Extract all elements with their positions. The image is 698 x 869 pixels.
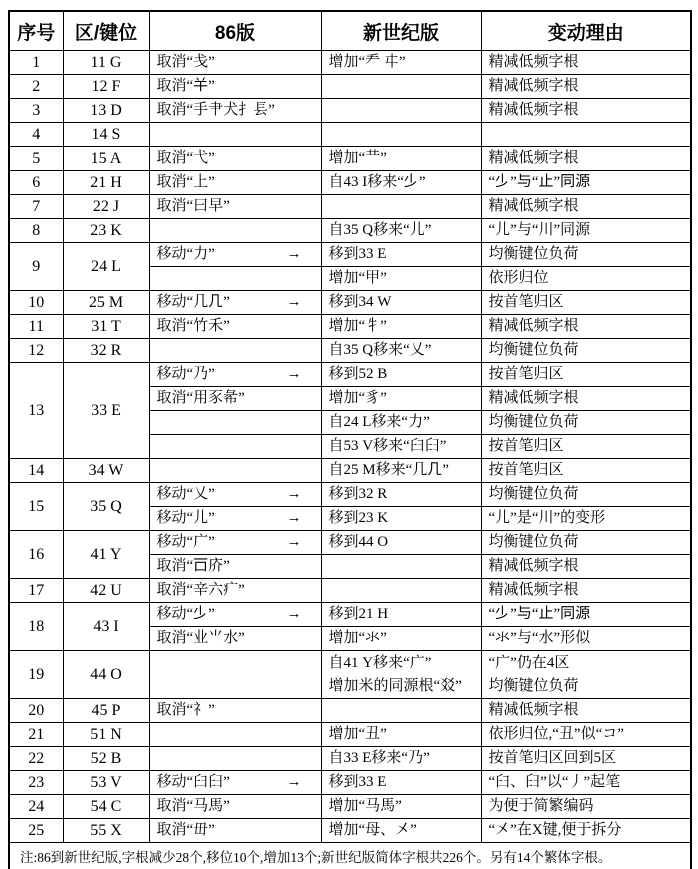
vnew-cell: 增加“龷”: [321, 147, 481, 171]
reason-cell: 均衡键位负荷: [481, 411, 691, 435]
reason-cell: 均衡键位负荷: [481, 483, 691, 507]
table-row: 13 33 E 移动“乃”→ 移到52 B 按首笔归区: [9, 363, 691, 387]
vnew-cell: 移到33 E: [321, 243, 481, 267]
vnew-cell: [321, 699, 481, 723]
move-arrow-icon: →: [287, 243, 318, 266]
key-cell: 44 O: [63, 651, 149, 699]
reason-cell: 为便于简繁编码: [481, 795, 691, 819]
vnew-cell: 增加“丑”: [321, 723, 481, 747]
page: 序号 区/键位 86版 新世纪版 变动理由 111 G取消“戋”增加“龵 㐄”精…: [0, 0, 698, 869]
vnew-cell: 增加“氺”: [321, 627, 481, 651]
seq-cell: 14: [9, 459, 63, 483]
seq-cell: 7: [9, 195, 63, 219]
reason-cell: 精减低频字根: [481, 51, 691, 75]
v86-text: 移动“乃”: [157, 363, 215, 386]
vnew-cell: 移到32 R: [321, 483, 481, 507]
reason-cell: “𣥂”与“止”同源: [481, 171, 691, 195]
vnew-cell: 自35 Q移来“儿”: [321, 219, 481, 243]
key-cell: 54 C: [63, 795, 149, 819]
key-cell: 21 H: [63, 171, 149, 195]
wubi-roots-comparison-table: 序号 区/键位 86版 新世纪版 变动理由 111 G取消“戋”增加“龵 㐄”精…: [8, 10, 692, 869]
v86-cell: 取消“上”: [149, 171, 321, 195]
v86-cell: 取消“用豕㣇”: [149, 387, 321, 411]
key-cell: 25 M: [63, 291, 149, 315]
reason-cell: 按首笔归区: [481, 435, 691, 459]
reason-cell: “𣥂”与“止”同源: [481, 603, 691, 627]
vnew-cell: [321, 99, 481, 123]
reason-line1: “广”仍在4区: [489, 652, 688, 675]
seq-cell: 2: [9, 75, 63, 99]
v86-cell: [149, 651, 321, 699]
seq-cell: 24: [9, 795, 63, 819]
v86-cell: [149, 339, 321, 363]
table-row: 1025 M移动“几𠘧”→移到34 W按首笔归区: [9, 291, 691, 315]
seq-cell: 8: [9, 219, 63, 243]
reason-cell: 精减低频字根: [481, 195, 691, 219]
v86-cell: [149, 267, 321, 291]
reason-cell: “儿”是“川”的变形: [481, 507, 691, 531]
vnew-cell: 自33 E移来“乃”: [321, 747, 481, 771]
seq-cell: 1: [9, 51, 63, 75]
vnew-cell: 增加“龵 㐄”: [321, 51, 481, 75]
reason-cell: “氺”与“水”形似: [481, 627, 691, 651]
reason-cell: 按首笔归区: [481, 291, 691, 315]
vnew-cell: [321, 75, 481, 99]
header-row: 序号 区/键位 86版 新世纪版 变动理由: [9, 11, 691, 51]
v86-cell: [149, 459, 321, 483]
table-row: 1434 W自25 M移来“几𠘧”按首笔归区: [9, 459, 691, 483]
table-row: 2454 C取消“马馬”增加“⻢⾺”为便于简繁编码: [9, 795, 691, 819]
reason-cell: 精减低频字根: [481, 699, 691, 723]
seq-cell: 9: [9, 243, 63, 291]
footnote: 注:86到新世纪版,字根减少28个,移位10个,增加13个;新世纪版简体字根共2…: [9, 843, 691, 869]
table-row: 1742 U取消“辛六疒”精减低频字根: [9, 579, 691, 603]
v86-cell: 移动“乃”→: [149, 363, 321, 387]
key-cell: 32 R: [63, 339, 149, 363]
key-cell: 34 W: [63, 459, 149, 483]
reason-cell: 精减低频字根: [481, 99, 691, 123]
seq-cell: 18: [9, 603, 63, 651]
reason-cell: “广”仍在4区均衡键位负荷: [481, 651, 691, 699]
table-row: 515 A取消“弋”增加“龷”精减低频字根: [9, 147, 691, 171]
vnew-cell: [321, 579, 481, 603]
v86-text: 移动“几𠘧”: [157, 291, 230, 314]
vnew-line1: 自41 Y移来“广”: [329, 652, 478, 675]
v86-cell: 移动“儿”→: [149, 507, 321, 531]
move-arrow-icon: →: [287, 363, 318, 386]
header-reason: 变动理由: [481, 11, 691, 51]
vnew-cell: 增加“甲”: [321, 267, 481, 291]
vnew-cell: 自24 L移来“力”: [321, 411, 481, 435]
table-row: 9 24 L 移动“力”→ 移到33 E 均衡键位负荷: [9, 243, 691, 267]
v86-cell: 移动“广”→: [149, 531, 321, 555]
key-cell: 33 E: [63, 363, 149, 459]
vnew-cell: 移到34 W: [321, 291, 481, 315]
v86-cell: 移动“几𠘧”→: [149, 291, 321, 315]
table-row: 2151 N增加“丑”依形归位,“丑”似“コ”: [9, 723, 691, 747]
table-row: 722 J取消“曰早”精减低频字根: [9, 195, 691, 219]
reason-cell: 精减低频字根: [481, 387, 691, 411]
v86-text: 移动“乂”: [157, 483, 215, 506]
table-row: 621 H取消“上”自43 I移来“𣥂”“𣥂”与“止”同源: [9, 171, 691, 195]
table-row: 19 44 O 自41 Y移来“广”增加米的同源根“㸚” “广”仍在4区均衡键位…: [9, 651, 691, 699]
reason-cell: 均衡键位负荷: [481, 243, 691, 267]
table-row: 111 G取消“戋”增加“龵 㐄”精减低频字根: [9, 51, 691, 75]
header-key: 区/键位: [63, 11, 149, 51]
seq-cell: 23: [9, 771, 63, 795]
seq-cell: 6: [9, 171, 63, 195]
vnew-cell: 自41 Y移来“广”增加米的同源根“㸚”: [321, 651, 481, 699]
v86-text: 移动“儿”: [157, 507, 215, 530]
reason-cell: 精减低频字根: [481, 555, 691, 579]
v86-cell: 移动“臼𦥑”→: [149, 771, 321, 795]
vnew-cell: 增加“牜”: [321, 315, 481, 339]
move-arrow-icon: →: [287, 291, 318, 314]
seq-cell: 13: [9, 363, 63, 459]
move-arrow-icon: →: [287, 771, 318, 794]
seq-cell: 16: [9, 531, 63, 579]
v86-cell: 取消“𢆉”: [149, 75, 321, 99]
seq-cell: 17: [9, 579, 63, 603]
table-row: 2353 V移动“臼𦥑”→移到33 E“臼、𦥑”以“丿”起笔: [9, 771, 691, 795]
reason-cell: 按首笔归区回到5区: [481, 747, 691, 771]
reason-cell: 依形归位,“丑”似“コ”: [481, 723, 691, 747]
vnew-cell: 移到23 K: [321, 507, 481, 531]
vnew-cell: 增加“母、㐅”: [321, 819, 481, 843]
move-arrow-icon: →: [287, 531, 318, 554]
seq-cell: 21: [9, 723, 63, 747]
key-cell: 53 V: [63, 771, 149, 795]
v86-text: 移动“广”: [157, 531, 215, 554]
header-seq: 序号: [9, 11, 63, 51]
key-cell: 55 X: [63, 819, 149, 843]
v86-cell: 取消“竹禾”: [149, 315, 321, 339]
vnew-cell: 自35 Q移来“乂”: [321, 339, 481, 363]
key-cell: 15 A: [63, 147, 149, 171]
v86-cell: [149, 411, 321, 435]
v86-cell: [149, 123, 321, 147]
seq-cell: 4: [9, 123, 63, 147]
reason-cell: 均衡键位负荷: [481, 531, 691, 555]
v86-text: 移动“力”: [157, 243, 215, 266]
v86-cell: 移动“乂”→: [149, 483, 321, 507]
key-cell: 41 Y: [63, 531, 149, 579]
v86-cell: 取消“毌”: [149, 819, 321, 843]
footnote-row: 注:86到新世纪版,字根减少28个,移位10个,增加13个;新世纪版简体字根共2…: [9, 843, 691, 869]
seq-cell: 22: [9, 747, 63, 771]
v86-cell: 取消“业⺌水”: [149, 627, 321, 651]
key-cell: 11 G: [63, 51, 149, 75]
key-cell: 24 L: [63, 243, 149, 291]
vnew-cell: 自25 M移来“几𠘧”: [321, 459, 481, 483]
key-cell: 45 P: [63, 699, 149, 723]
table-row: 414 S: [9, 123, 691, 147]
vnew-cell: 移到33 E: [321, 771, 481, 795]
reason-cell: 按首笔归区: [481, 459, 691, 483]
vnew-cell: 增加“豸”: [321, 387, 481, 411]
key-cell: 31 T: [63, 315, 149, 339]
move-arrow-icon: →: [287, 507, 318, 530]
reason-cell: 精减低频字根: [481, 147, 691, 171]
table-row: 16 41 Y 移动“广”→ 移到44 O 均衡键位负荷: [9, 531, 691, 555]
table-row: 823 K自35 Q移来“儿”“儿”与“川”同源: [9, 219, 691, 243]
move-arrow-icon: →: [287, 483, 318, 506]
vnew-cell: 自53 V移来“臼𦥑”: [321, 435, 481, 459]
table-row: 15 35 Q 移动“乂”→ 移到32 R 均衡键位负荷: [9, 483, 691, 507]
seq-cell: 19: [9, 651, 63, 699]
v86-text: 移动“𣥂”: [157, 603, 215, 626]
vnew-cell: [321, 123, 481, 147]
key-cell: 12 F: [63, 75, 149, 99]
v86-cell: 取消“戋”: [149, 51, 321, 75]
reason-cell: “㐅”在X键,便于拆分: [481, 819, 691, 843]
reason-cell: 按首笔归区: [481, 363, 691, 387]
vnew-cell: 移到21 H: [321, 603, 481, 627]
reason-cell: “臼、𦥑”以“丿”起笔: [481, 771, 691, 795]
seq-cell: 11: [9, 315, 63, 339]
v86-cell: 取消“弋”: [149, 147, 321, 171]
v86-cell: 取消“辛六疒”: [149, 579, 321, 603]
v86-cell: [149, 219, 321, 243]
v86-text: 移动“臼𦥑”: [157, 771, 230, 794]
key-cell: 22 J: [63, 195, 149, 219]
vnew-cell: 移到44 O: [321, 531, 481, 555]
key-cell: 13 D: [63, 99, 149, 123]
v86-cell: [149, 723, 321, 747]
v86-cell: 取消“𠮛庎”: [149, 555, 321, 579]
vnew-cell: [321, 555, 481, 579]
table-row: 1131 T取消“竹禾”增加“牜”精减低频字根: [9, 315, 691, 339]
table-row: 313 D取消“手⺺犬扌镸”精减低频字根: [9, 99, 691, 123]
key-cell: 42 U: [63, 579, 149, 603]
reason-cell: 依形归位: [481, 267, 691, 291]
seq-cell: 20: [9, 699, 63, 723]
table-row: 212 F取消“𢆉”精减低频字根: [9, 75, 691, 99]
seq-cell: 5: [9, 147, 63, 171]
header-vnew: 新世纪版: [321, 11, 481, 51]
table-row: 18 43 I 移动“𣥂”→ 移到21 H “𣥂”与“止”同源: [9, 603, 691, 627]
key-cell: 43 I: [63, 603, 149, 651]
vnew-cell: 自43 I移来“𣥂”: [321, 171, 481, 195]
key-cell: 52 B: [63, 747, 149, 771]
table-row: 2252 B自33 E移来“乃”按首笔归区回到5区: [9, 747, 691, 771]
seq-cell: 3: [9, 99, 63, 123]
v86-cell: 取消“手⺺犬扌镸”: [149, 99, 321, 123]
reason-cell: “儿”与“川”同源: [481, 219, 691, 243]
reason-cell: 精减低频字根: [481, 315, 691, 339]
v86-cell: 移动“𣥂”→: [149, 603, 321, 627]
table-row: 2555 X取消“毌”增加“母、㐅”“㐅”在X键,便于拆分: [9, 819, 691, 843]
v86-cell: 取消“马馬”: [149, 795, 321, 819]
key-cell: 35 Q: [63, 483, 149, 531]
reason-cell: [481, 123, 691, 147]
header-v86: 86版: [149, 11, 321, 51]
reason-line2: 均衡键位负荷: [489, 675, 688, 698]
seq-cell: 12: [9, 339, 63, 363]
v86-cell: [149, 435, 321, 459]
reason-cell: 精减低频字根: [481, 75, 691, 99]
vnew-cell: 增加“⻢⾺”: [321, 795, 481, 819]
move-arrow-icon: →: [287, 603, 318, 626]
reason-cell: 精减低频字根: [481, 579, 691, 603]
table-row: 1232 R自35 Q移来“乂”均衡键位负荷: [9, 339, 691, 363]
vnew-line2: 增加米的同源根“㸚”: [329, 675, 478, 698]
key-cell: 23 K: [63, 219, 149, 243]
vnew-cell: [321, 195, 481, 219]
v86-cell: 取消“曰早”: [149, 195, 321, 219]
vnew-cell: 移到52 B: [321, 363, 481, 387]
seq-cell: 25: [9, 819, 63, 843]
key-cell: 51 N: [63, 723, 149, 747]
reason-cell: 均衡键位负荷: [481, 339, 691, 363]
v86-cell: 取消“礻”: [149, 699, 321, 723]
seq-cell: 15: [9, 483, 63, 531]
key-cell: 14 S: [63, 123, 149, 147]
v86-cell: [149, 747, 321, 771]
table-row: 2045 P取消“礻”精减低频字根: [9, 699, 691, 723]
v86-cell: 移动“力”→: [149, 243, 321, 267]
seq-cell: 10: [9, 291, 63, 315]
